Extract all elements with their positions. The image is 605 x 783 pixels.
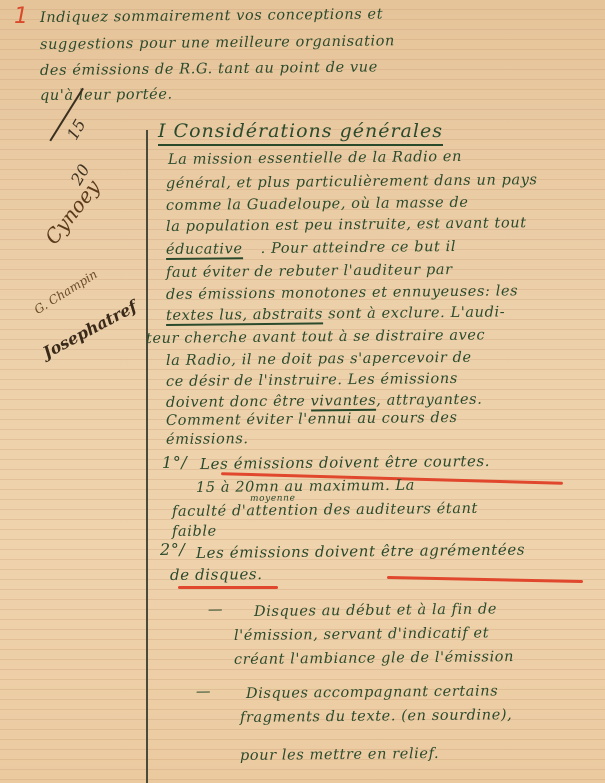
body-line: Comment éviter l'ennui au cours des	[166, 410, 458, 429]
body-line: comme la Guadeloupe, où la masse de	[166, 195, 469, 214]
point-2-text-cont: de disques.	[170, 565, 263, 584]
point-2-marker: 2°/	[160, 540, 186, 559]
sub-item-line: Disques au début et à la fin de	[254, 601, 497, 620]
underlined-textes-lus: textes lus, abstraits	[166, 306, 323, 326]
intro-line: Indiquez sommairement vos conceptions et	[40, 6, 383, 26]
point-1-detail: faible	[172, 524, 217, 540]
body-line: éducative. Pour atteindre ce but il	[166, 239, 456, 258]
grade-numerator: 15	[63, 116, 90, 143]
body-line: la Radio, il ne doit pas s'apercevoir de	[166, 350, 472, 369]
body-line: général, et plus particulièrement dans u…	[166, 172, 538, 192]
body-line: ce désir de l'instruire. Les émissions	[166, 371, 458, 390]
red-underline	[178, 586, 278, 589]
underlined-vivantes: vivantes	[311, 393, 377, 412]
point-1-detail: 15 à 20mn au maximum. La	[196, 478, 415, 496]
signature-grader: Cynoey	[40, 175, 105, 249]
intro-line: suggestions pour une meilleure organisat…	[40, 33, 395, 53]
body-line: des émissions monotones et ennuyeuses: l…	[166, 283, 518, 303]
body-line: textes lus, abstraits sont à exclure. L'…	[166, 304, 505, 324]
sub-item-line: Disques accompagnant certains	[246, 683, 498, 702]
body-line: la population est peu instruite, est ava…	[166, 215, 527, 235]
underlined-educative: éducative	[166, 241, 243, 260]
sub-item-line: pour les mettre en relief.	[240, 746, 439, 764]
sub-item-line: fragments du texte. (en sourdine),	[240, 707, 513, 726]
intro-line: des émissions de R.G. tant au point de v…	[40, 59, 378, 79]
body-line: doivent donc être vivantes, attrayantes.	[166, 392, 483, 411]
sub-item-dash: —	[208, 602, 223, 618]
intro-line: qu'à leur portée.	[40, 87, 173, 104]
body-line: faut éviter de rebuter l'auditeur par	[166, 262, 453, 281]
sub-item-line: créant l'ambiance gle de l'émission	[234, 649, 514, 668]
page-number: 1	[14, 4, 28, 29]
handwritten-page: 1 Indiquez sommairement vos conceptions …	[0, 0, 605, 783]
sub-item-dash: —	[196, 684, 211, 700]
body-line: La mission essentielle de la Radio en	[168, 149, 462, 168]
section-heading: I Considérations générales	[158, 120, 443, 146]
point-2-text: Les émissions doivent être agrémentées	[196, 541, 525, 562]
red-underline	[387, 576, 583, 583]
point-1-marker: 1°/	[162, 453, 188, 472]
margin-rule	[146, 130, 148, 783]
body-line: émissions.	[166, 431, 249, 448]
point-1-detail: faculté d'attention des auditeurs étant	[172, 501, 478, 520]
signature-champin: G. Champin	[32, 267, 100, 317]
body-line: teur cherche avant tout à se distraire a…	[146, 327, 485, 347]
sub-item-line: l'émission, servant d'indicatif et	[234, 625, 489, 644]
point-1-text: Les émissions doivent être courtes.	[200, 452, 490, 473]
